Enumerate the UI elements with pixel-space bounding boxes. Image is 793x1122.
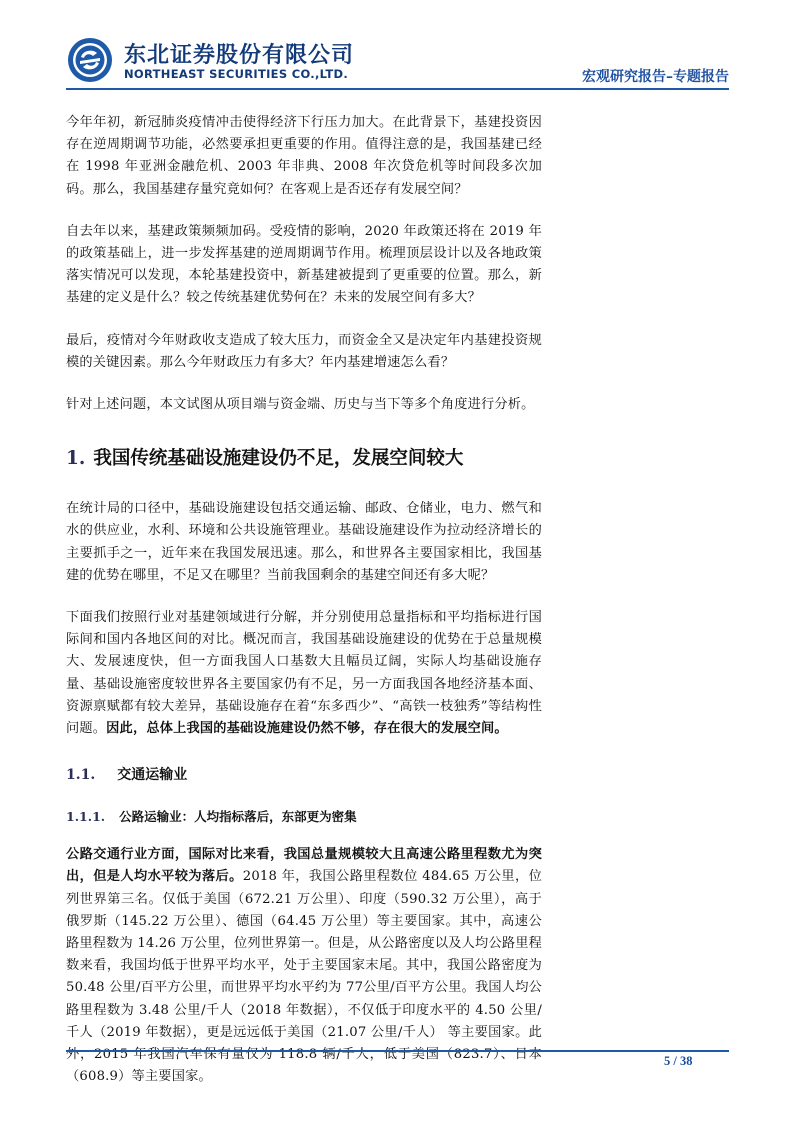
northeast-securities-logo-icon xyxy=(66,36,114,84)
page-number: 5 / 38 xyxy=(664,1054,692,1069)
intro-paragraph-3: 最后，疫情对今年财政收支造成了较大压力，而资金全又是决定年内基建投资规模的关键因… xyxy=(66,330,542,374)
company-name-cn: 东北证券股份有限公司 xyxy=(124,38,354,69)
header-divider xyxy=(66,88,729,90)
section1-paragraph-1: 在统计局的口径中，基础设施建设包括交通运输、邮政、仓储业，电力、燃气和水的供应业… xyxy=(66,498,542,587)
section-number: 1.1.1. xyxy=(66,809,105,824)
page-header: 东北证券股份有限公司 NORTHEAST SECURITIES CO.,LTD.… xyxy=(66,30,729,90)
section-heading-1: 1.我国传统基础设施建设仍不足，发展空间较大 xyxy=(66,446,542,472)
section1-1-1-text: 2018 年，我国公路里程数位 484.65 万公里，位列世界第三名。仅低于美国… xyxy=(66,869,542,1084)
document-body: 今年年初，新冠肺炎疫情冲击使得经济下行压力加大。在此背景下，基建投资因存在逆周期… xyxy=(66,112,542,1089)
section-number: 1. xyxy=(66,448,85,469)
section1-paragraph-2: 下面我们按照行业对基建领域进行分解，并分别使用总量指标和平均指标进行国际间和国内… xyxy=(66,607,542,740)
intro-paragraph-1: 今年年初，新冠肺炎疫情冲击使得经济下行压力加大。在此背景下，基建投资因存在逆周期… xyxy=(66,112,542,201)
intro-paragraph-2: 自去年以来，基建政策频频加码。受疫情的影响，2020 年政策还将在 2019 年… xyxy=(66,221,542,310)
section-heading-1-1: 1.1.交通运输业 xyxy=(66,764,542,786)
section-number: 1.1. xyxy=(66,767,95,783)
report-type-label: 宏观研究报告–专题报告 xyxy=(582,66,729,86)
section-title: 交通运输业 xyxy=(117,767,187,783)
section-title: 公路运输业：人均指标落后，东部更为密集 xyxy=(119,809,357,824)
section1-paragraph-2-conclusion: 因此，总体上我国的基础设施建设仍然不够，存在很大的发展空间。 xyxy=(106,721,508,736)
section1-1-1-paragraph: 公路交通行业方面，国际对比来看，我国总量规模较大且高速公路里程数尤为突出，但是人… xyxy=(66,844,542,1088)
section-title: 我国传统基础设施建设仍不足，发展空间较大 xyxy=(93,448,463,469)
section-heading-1-1-1: 1.1.1.公路运输业：人均指标落后，东部更为密集 xyxy=(66,806,542,828)
section1-paragraph-2-text: 下面我们按照行业对基建领域进行分解，并分别使用总量指标和平均指标进行国际间和国内… xyxy=(66,610,542,736)
company-name-en: NORTHEAST SECURITIES CO.,LTD. xyxy=(124,67,348,81)
footer-divider xyxy=(66,1050,729,1052)
intro-paragraph-4: 针对上述问题，本文试图从项目端与资金端、历史与当下等多个角度进行分析。 xyxy=(66,394,542,416)
